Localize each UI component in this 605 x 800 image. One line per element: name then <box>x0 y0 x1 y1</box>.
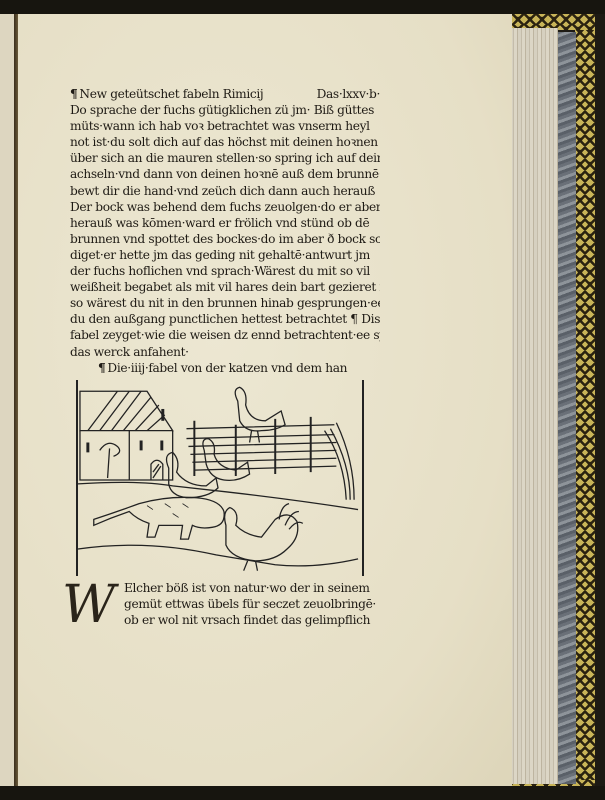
text-line: Der bock was behend dem fuchs zeuolgen·d… <box>70 199 380 215</box>
pilcrow-icon: ¶ <box>70 87 77 101</box>
dark-background-top <box>0 0 605 14</box>
running-head: ¶New geteütschet fabeln Rimicij Das·lxxv… <box>70 86 380 102</box>
facing-page-edge <box>0 14 14 790</box>
text-line: du den außgang punctlichen hettest betra… <box>70 311 380 327</box>
marbled-endpaper <box>556 32 576 784</box>
pilcrow-icon: ¶ <box>98 361 105 375</box>
folio-number: Das·lxxv·b· <box>317 86 380 102</box>
new-fable-opening: W Elcher böß ist von natur·wo der in sei… <box>62 580 402 628</box>
text-line: achseln·vnd dann von deinen hoꝛnē auß de… <box>70 166 380 182</box>
fable-heading-text: Die·iiij·fabel von der katzen vnd dem ha… <box>107 361 347 375</box>
text-line: not ist·du solt dich auf das höchst mit … <box>70 134 380 150</box>
text-line: herauß was kōmen·ward er frölich vnd stü… <box>70 215 380 231</box>
running-head-title: New geteütschet fabeln Rimicij <box>79 87 263 101</box>
text-line: gemüt ettwas übels für seczet zeuolbring… <box>124 596 402 612</box>
closing-lines: Elcher böß ist von natur·wo der in seine… <box>124 580 402 628</box>
text-line: so wärest du nit in den brunnen hinab ge… <box>70 295 380 311</box>
text-line: weißheit begabet als mit vil hares dein … <box>70 279 380 295</box>
woodcut-illustration-cat-and-rooster <box>76 380 364 576</box>
text-line: der fuchs hoflichen vnd sprach·Wärest du… <box>70 263 380 279</box>
running-head-title-wrap: ¶New geteütschet fabeln Rimicij <box>70 86 263 102</box>
text-line: über sich an die mauren stellen·so sprin… <box>70 150 380 166</box>
text-line: bewt dir die hand·vnd zeüch dich dann au… <box>70 183 380 199</box>
text-line: diget·er hette jm das geding nit gehaltē… <box>70 247 380 263</box>
text-line: Do sprache der fuchs gütigklichen zü jm·… <box>70 102 380 118</box>
gilt-cover-border-right <box>575 14 595 786</box>
text-line: brunnen vnd spottet des bockes·do im abe… <box>70 231 380 247</box>
main-text-block: ¶New geteütschet fabeln Rimicij Das·lxxv… <box>70 86 380 376</box>
text-line: das werck anfahent· <box>70 344 380 360</box>
woodcut-drawing <box>78 380 362 576</box>
fable-heading: ¶Die·iiij·fabel von der katzen vnd dem h… <box>70 360 380 376</box>
text-line: fabel zeyget·wie die weisen dz ennd betr… <box>70 327 380 343</box>
text-line: Elcher böß ist von natur·wo der in seine… <box>124 580 402 596</box>
dark-background-bottom <box>0 786 605 800</box>
decorated-initial-letter: W <box>62 580 118 630</box>
page-edges-stack <box>510 28 558 784</box>
text-line: müts·wann ich hab voꝛ betrachtet was vns… <box>70 118 380 134</box>
text-line: ob er wol nit vrsach findet das gelimpfl… <box>124 612 402 628</box>
